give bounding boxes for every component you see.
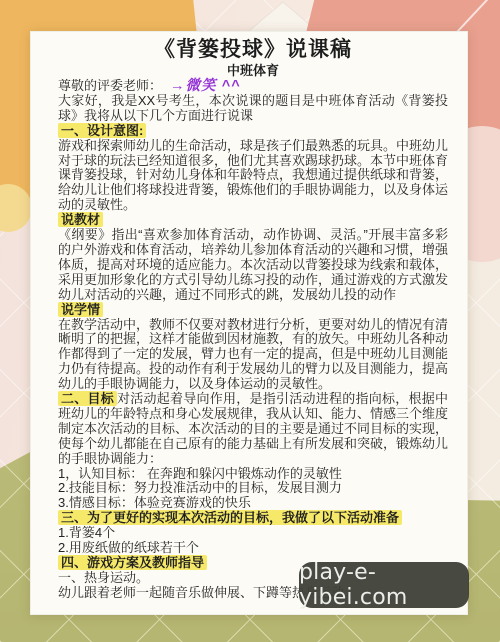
page-title: 《背篓投球》说课稿 [58,37,448,63]
list-item-cognitive-goal: 1，认知目标： 在奔跑和躲闪中锻炼动作的灵敏性 [58,467,448,482]
document-body: 尊敬的评委老师：→微笑 ^^ 大家好，我是XX号考生，本次说课的题目是中班体育活… [58,79,448,601]
list-item-emotional-goal: 3.情感目标：体验竞赛游戏的快乐 [58,496,448,511]
intro-paragraph: 大家好，我是XX号考生，本次说课的题目是中班体育活动《背篓投球》我将从以下几个方… [58,94,448,124]
list-item-paper-balls: 2.用废纸做的纸球若干个 [58,541,448,556]
highlight-mark: 二、目标 [58,391,117,406]
highlight-mark: 说学情 [58,302,103,317]
highlight-mark: 四、游戏方案及教师指导 [58,555,207,570]
paragraph-goals: 二、目标对活动起着导向作用，是指引活动进程的指向标，根据中班幼儿的年龄特点和身心… [58,392,448,467]
section-heading-teaching-material: 说教材 [58,213,448,228]
screenshot-root: 《背篓投球》说课稿 中班体育 尊敬的评委老师：→微笑 ^^ 大家好，我是XX号考… [0,0,500,642]
highlight-mark: 说教材 [58,212,103,227]
page-subtitle: 中班体育 [58,63,448,79]
greeting-line: 尊敬的评委老师：→微笑 ^^ [58,79,448,94]
highlight-mark: 一、设计意图: [58,123,146,138]
section-heading-preparation: 三、为了更好的实现本次活动的目标，我做了以下活动准备 [58,511,448,526]
highlight-mark: 三、为了更好的实现本次活动的目标，我做了以下活动准备 [58,510,402,525]
goals-text: 对活动起着导向作用，是指引活动进程的指向标，根据中班幼儿的年龄特点和身心发展规律… [58,391,448,466]
paragraph-teaching-material: 《纲要》指出“喜欢参加体育活动，动作协调、灵活。”开展丰富多彩的户外游戏和体育活… [58,228,448,303]
section-heading-design-intent: 一、设计意图: [58,124,448,139]
paragraph-design-intent: 游戏和探索师幼儿的生命活动，球是孩子们最熟悉的玩具。中班幼儿对于球的玩法已经知道… [58,139,448,214]
watermark-badge: play-e-yibei.com [299,562,469,608]
greeting-text: 尊敬的评委老师： [58,78,162,93]
handwritten-annotation: →微笑 ^^ [162,78,240,94]
paragraph-learner-analysis: 在教学活动中，教师不仅要对教材进行分析，更要对幼儿的情况有清晰明了的把握，这样才… [58,318,448,393]
watermark-text: play-e-yibei.com [299,560,469,610]
list-item-skill-goal: 2.技能目标：努力投准活动中的目标，发展目测力 [58,481,448,496]
list-item-baskets: 1.背篓4个 [58,526,448,541]
lesson-script-page: 《背篓投球》说课稿 中班体育 尊敬的评委老师：→微笑 ^^ 大家好，我是XX号考… [30,31,468,615]
section-heading-learner-analysis: 说学情 [58,303,448,318]
